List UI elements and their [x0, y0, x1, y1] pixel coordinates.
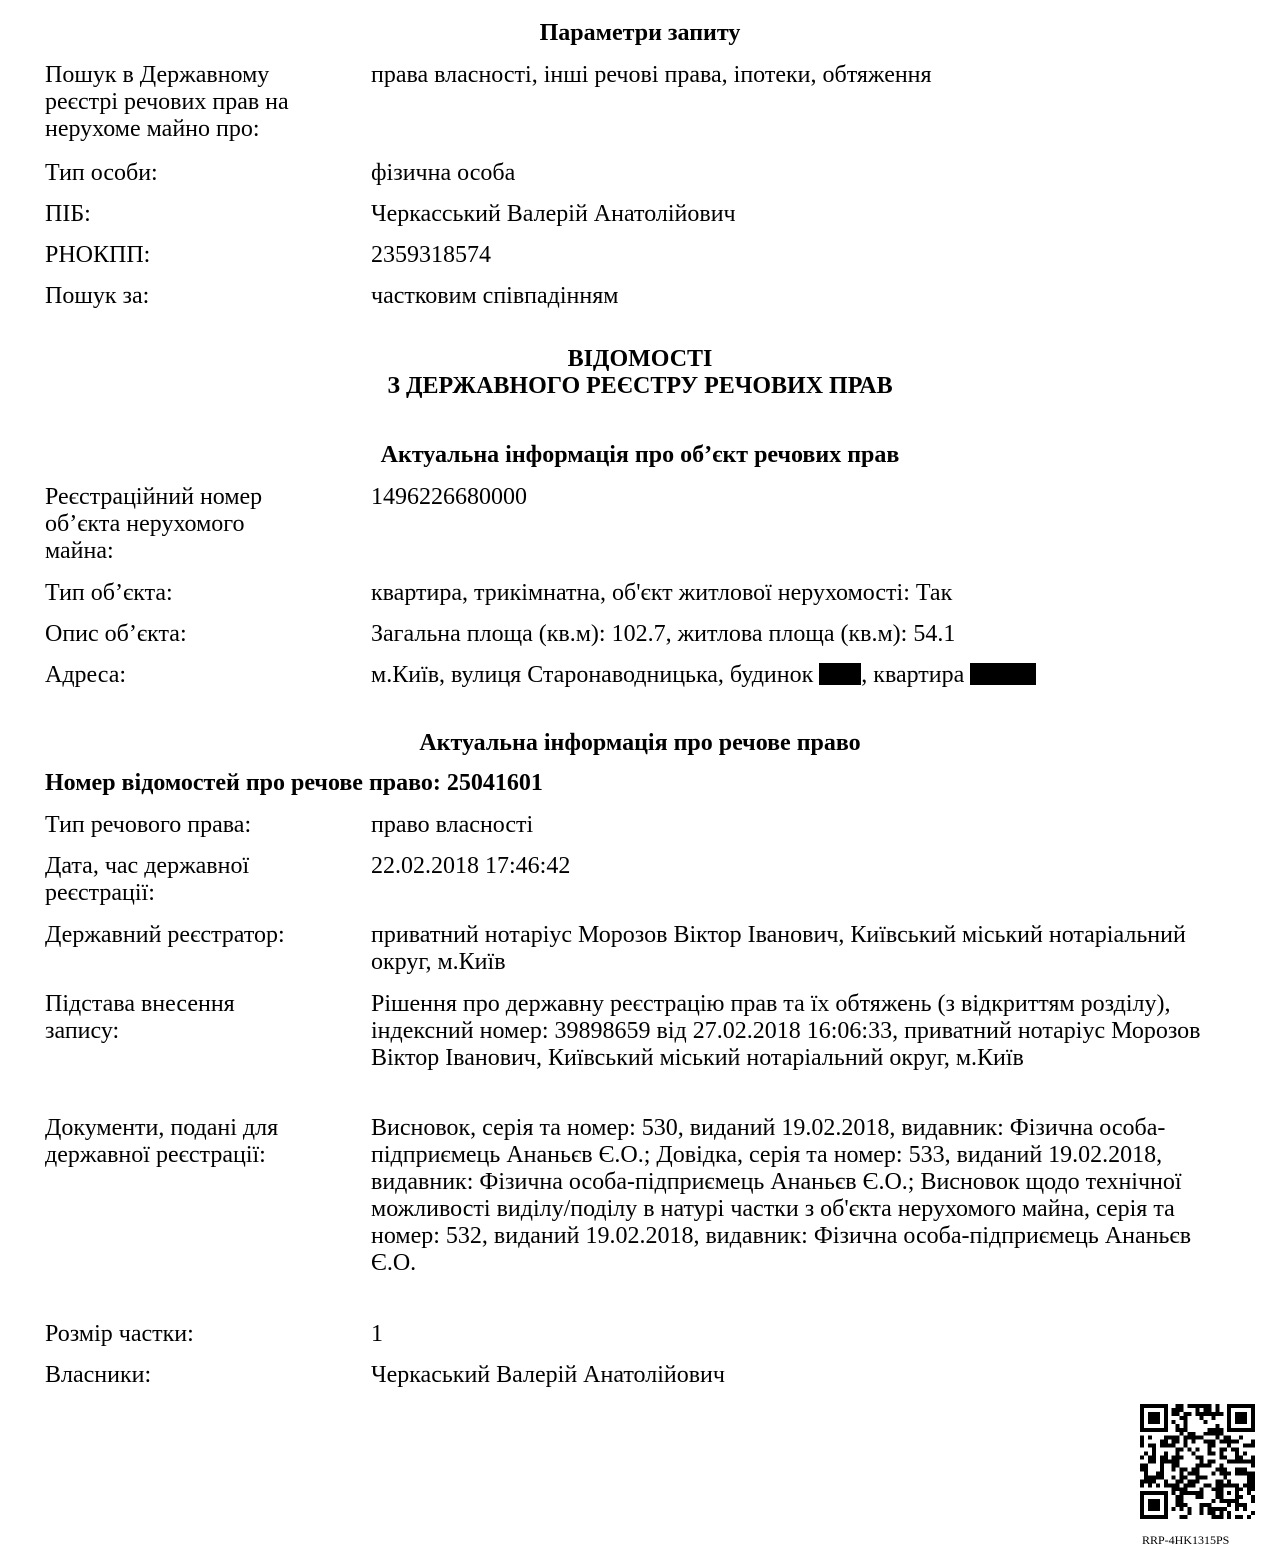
object-label: Реєстраційний номер об’єкта нерухомого м…: [45, 484, 371, 580]
param-value: 2359318574: [371, 242, 1235, 283]
qr-code-icon: [1140, 1404, 1255, 1519]
right-info-section: Тип речового права: право власності Дата…: [45, 812, 1235, 1403]
right-info-title: Актуальна інформація про речове право: [45, 730, 1235, 757]
param-label: Пошук за:: [45, 283, 371, 324]
right-value: 22.02.2018 17:46:42: [371, 853, 1235, 922]
object-info-section: Реєстраційний номер об’єкта нерухомого м…: [45, 484, 1235, 703]
right-label: Державний реєстратор:: [45, 922, 371, 991]
param-row-tax-id: РНОКПП: 2359318574: [45, 242, 1235, 283]
object-label: Опис об’єкта:: [45, 621, 371, 662]
object-value: м.Київ, вулиця Старонаводницька, будинок…: [371, 662, 1235, 703]
param-row-search-by: Пошук за: частковим співпадінням: [45, 283, 1235, 324]
right-row-type: Тип речового права: право власності: [45, 812, 1235, 853]
object-value: квартира, трикімнатна, об'єкт житлової н…: [371, 580, 1235, 621]
param-value: права власності, інші речові права, іпот…: [371, 62, 1235, 160]
address-text-part2: , квартира: [861, 662, 970, 688]
request-params-section: Пошук в Державному реєстрі речових прав …: [45, 62, 1235, 324]
param-label: РНОКПП:: [45, 242, 371, 283]
document-title: ВІДОМОСТІ З ДЕРЖАВНОГО РЕЄСТРУ РЕЧОВИХ П…: [45, 346, 1235, 400]
param-label: Пошук в Державному реєстрі речових прав …: [45, 62, 371, 160]
right-label: Дата, час державної реєстрації:: [45, 853, 371, 922]
param-row-full-name: ПІБ: Черкасський Валерій Анатолійович: [45, 201, 1235, 242]
right-row-registration-date: Дата, час державної реєстрації: 22.02.20…: [45, 853, 1235, 922]
param-value: Черкасський Валерій Анатолійович: [371, 201, 1235, 242]
right-label: Власники:: [45, 1362, 371, 1403]
param-label: ПІБ:: [45, 201, 371, 242]
object-value: 1496226680000: [371, 484, 1235, 580]
object-info-title: Актуальна інформація про об’єкт речових …: [45, 442, 1235, 469]
right-row-owners: Власники: Черкаський Валерій Анатолійови…: [45, 1362, 1235, 1403]
document-code: RRP-4HK1315PS: [1142, 1533, 1229, 1547]
right-value: приватний нотаріус Морозов Віктор Іванов…: [371, 922, 1235, 991]
right-value: право власності: [371, 812, 1235, 853]
right-label: Розмір частки:: [45, 1321, 371, 1362]
right-row-basis: Підстава внесення запису: Рішення про де…: [45, 991, 1235, 1115]
right-label: Тип речового права:: [45, 812, 371, 853]
redacted-building-number: [819, 663, 861, 685]
right-row-documents: Документи, подані для державної реєстрац…: [45, 1115, 1235, 1321]
right-value: 1: [371, 1321, 1235, 1362]
right-label: Документи, подані для державної реєстрац…: [45, 1115, 371, 1321]
object-label: Тип об’єкта:: [45, 580, 371, 621]
param-row-person-type: Тип особи: фізична особа: [45, 160, 1235, 201]
param-value: фізична особа: [371, 160, 1235, 201]
redacted-apartment-number: [970, 663, 1036, 685]
object-value: Загальна площа (кв.м): 102.7, житлова пл…: [371, 621, 1235, 662]
object-row-type: Тип об’єкта: квартира, трикімнатна, об'є…: [45, 580, 1235, 621]
right-record-number: Номер відомостей про речове право: 25041…: [45, 770, 543, 797]
document-title-line2: З ДЕРЖАВНОГО РЕЄСТРУ РЕЧОВИХ ПРАВ: [45, 373, 1235, 400]
object-row-address: Адреса: м.Київ, вулиця Старонаводницька,…: [45, 662, 1235, 703]
param-row-search: Пошук в Державному реєстрі речових прав …: [45, 62, 1235, 160]
right-value: Рішення про державну реєстрацію прав та …: [371, 991, 1235, 1115]
object-row-description: Опис об’єкта: Загальна площа (кв.м): 102…: [45, 621, 1235, 662]
address-text-part1: м.Київ, вулиця Старонаводницька, будинок: [371, 662, 819, 688]
document-title-line1: ВІДОМОСТІ: [45, 346, 1235, 373]
object-label: Адреса:: [45, 662, 371, 703]
right-label: Підстава внесення запису:: [45, 991, 371, 1115]
right-row-registrar: Державний реєстратор: приватний нотаріус…: [45, 922, 1235, 991]
object-row-reg-number: Реєстраційний номер об’єкта нерухомого м…: [45, 484, 1235, 580]
request-params-title: Параметри запиту: [45, 20, 1235, 47]
right-row-share-size: Розмір частки: 1: [45, 1321, 1235, 1362]
param-label: Тип особи:: [45, 160, 371, 201]
right-value: Черкаський Валерій Анатолійович: [371, 1362, 1235, 1403]
right-value: Висновок, серія та номер: 530, виданий 1…: [371, 1115, 1235, 1321]
param-value: частковим співпадінням: [371, 283, 1235, 324]
